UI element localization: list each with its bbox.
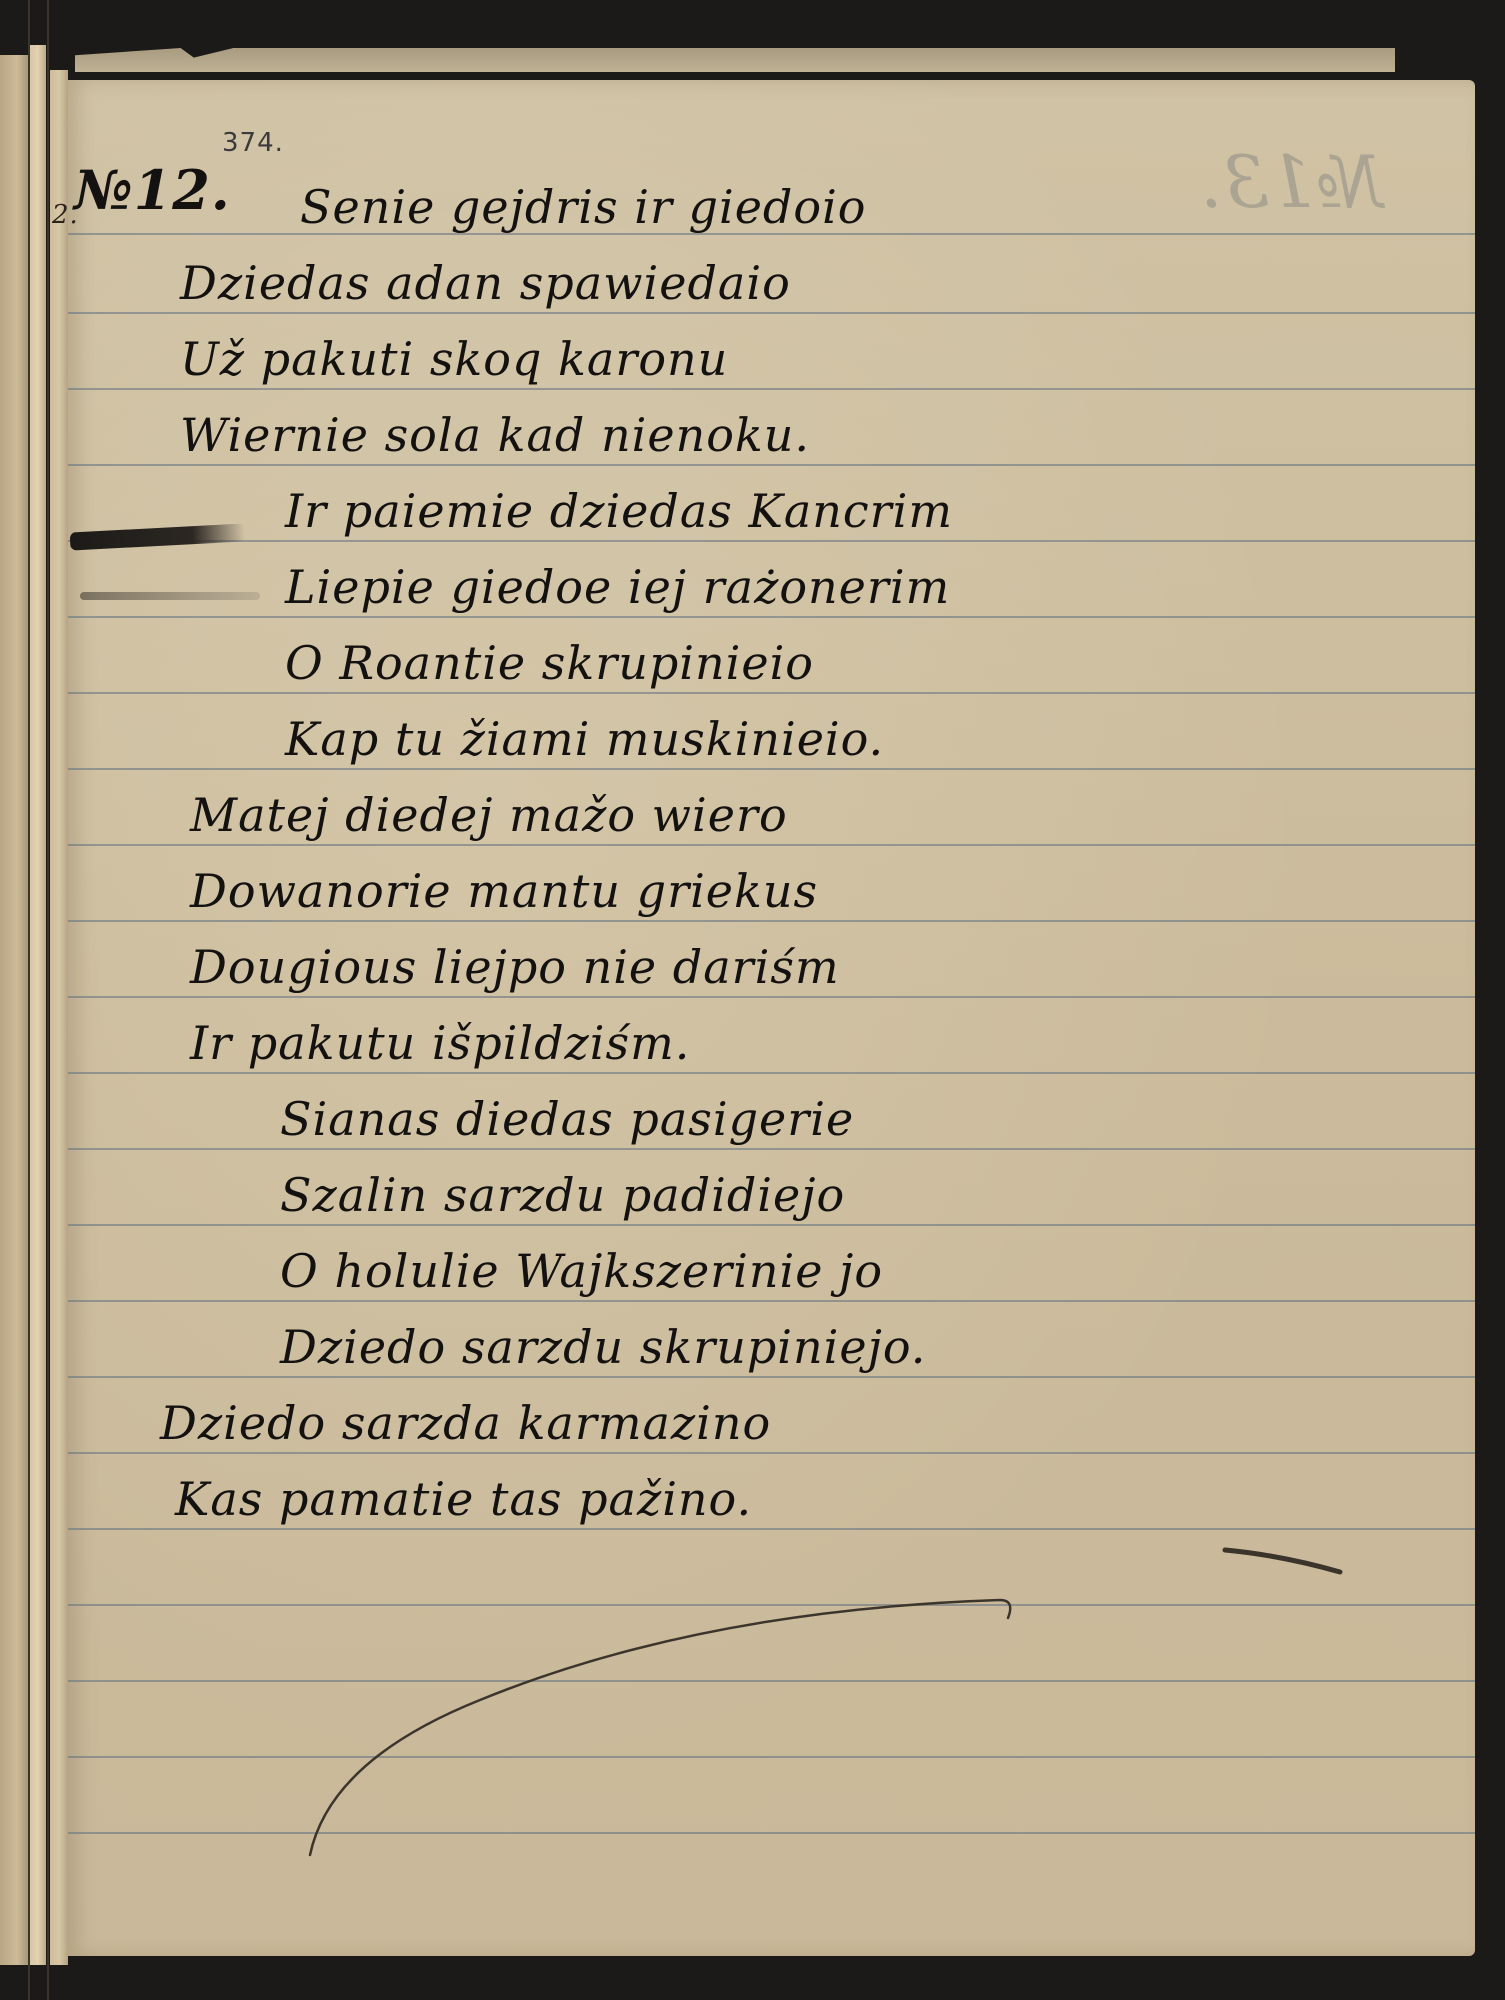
closing-flourish xyxy=(0,0,1505,2000)
